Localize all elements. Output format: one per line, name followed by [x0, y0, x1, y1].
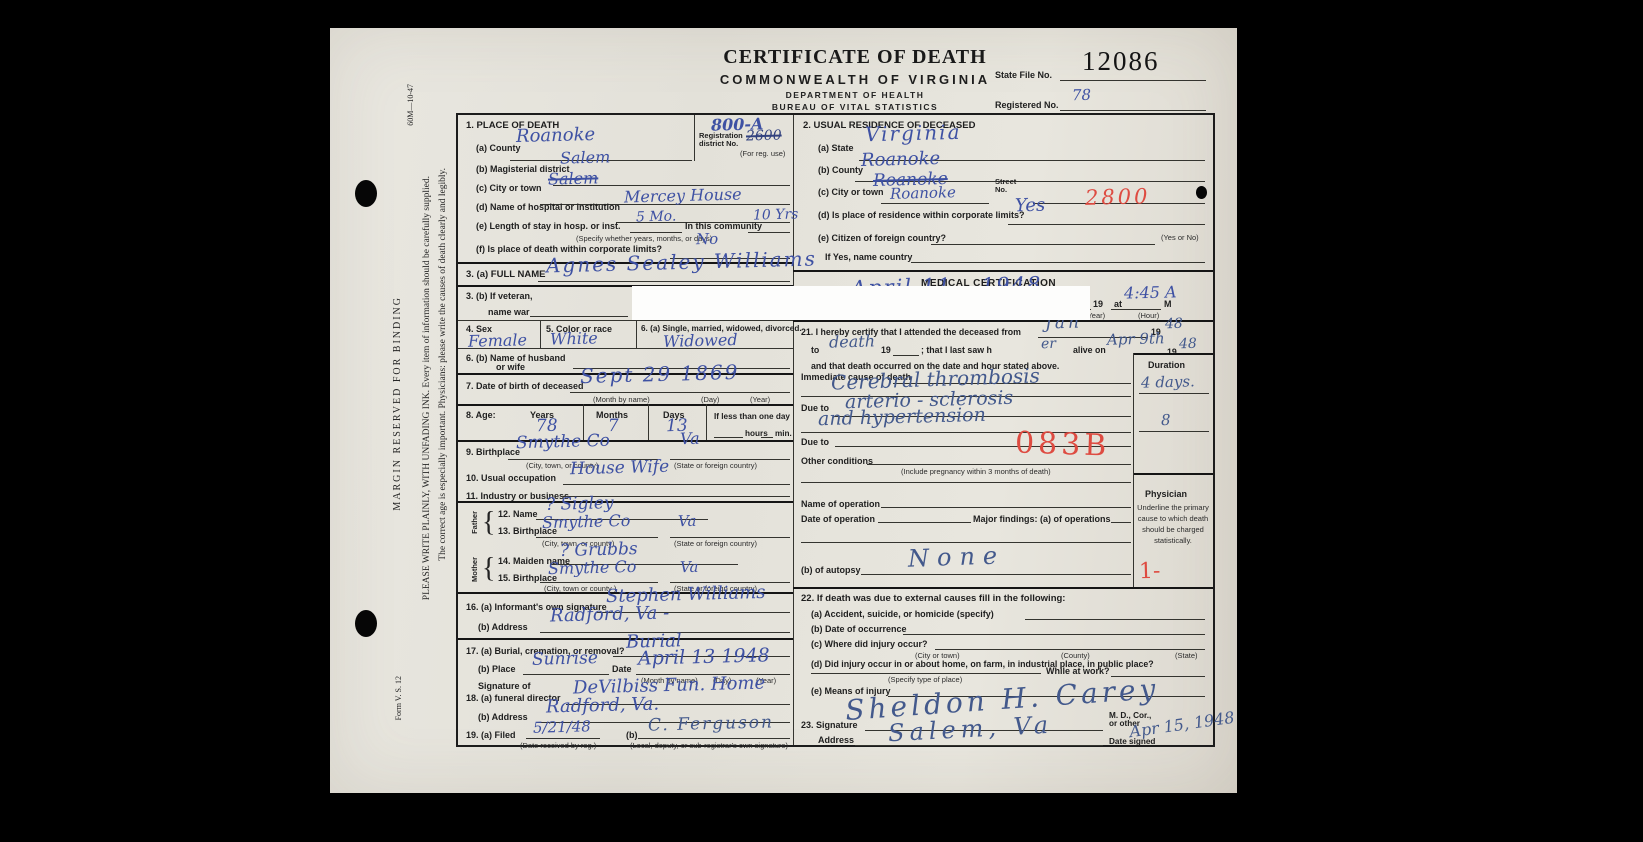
- certify-to-value: death: [829, 331, 875, 351]
- s22c-rule: [935, 649, 1205, 650]
- operation-date-label: Date of operation: [801, 514, 875, 524]
- physician-note: Underline the primary cause to which dea…: [1137, 503, 1209, 547]
- veteran-label: 3. (b) If veteran,: [466, 291, 533, 301]
- other-conditions-caption: (Include pregnancy within 3 months of de…: [901, 467, 1051, 476]
- dur-rule2: [1139, 431, 1209, 432]
- physbox-left: [1133, 473, 1134, 587]
- registrar-b-label: (b): [626, 730, 638, 740]
- sep-r1: [793, 270, 1213, 272]
- res-corp-label: (d) Is place of residence within corpora…: [818, 210, 1025, 220]
- hole-punch-top: [355, 180, 377, 207]
- dob-value: Sept 29 1869: [580, 360, 740, 388]
- stay-label: (e) Length of stay in hosp. or inst.: [476, 221, 621, 231]
- stay-rule-1: [630, 232, 682, 233]
- fbp-rule2: [670, 537, 790, 538]
- funeral-pre-label: Signature of: [478, 681, 531, 691]
- left-column: 1. PLACE OF DEATH 800-A Registration dis…: [458, 115, 793, 745]
- blank-rule-1: [801, 482, 1131, 483]
- dod-cap-hour: (Hour): [1138, 311, 1159, 320]
- burial-place-value: Sunrise: [532, 648, 598, 670]
- less-than-day-label: If less than one day: [714, 412, 790, 421]
- opname-rule: [881, 507, 1131, 508]
- row456-bottom: [458, 348, 793, 349]
- name-rule: [538, 281, 790, 282]
- registrar-caption: (Local, deputy, or sub-registrar's own s…: [630, 741, 788, 750]
- certify-year2: 48: [1179, 336, 1197, 352]
- opdate-rule: [878, 522, 971, 523]
- city-town-label: (c) City or town: [476, 183, 542, 193]
- certify-to-label: to: [811, 345, 819, 355]
- s22-c-label: (c) Where did injury occur?: [811, 639, 928, 649]
- duration-value-1: 4 days.: [1141, 372, 1195, 391]
- father-brace: {: [482, 507, 495, 539]
- house-number-red: 2800: [1085, 184, 1151, 210]
- death-corp-limits-value: No: [696, 230, 719, 249]
- burpl-rule: [523, 674, 609, 675]
- other-rule: [867, 464, 1131, 465]
- row456-top: [458, 320, 793, 321]
- autopsy-label: (b) of autopsy: [801, 565, 861, 575]
- mother-side-label: Mother: [470, 557, 479, 582]
- filed-caption: (Date received by reg.): [520, 741, 596, 750]
- fbp-rule1: [536, 537, 658, 538]
- dod-rule2: [1111, 309, 1161, 310]
- state-file-label: State File No.: [995, 70, 1052, 80]
- s22b-rule: [903, 634, 1205, 635]
- document-subtitle: COMMONWEALTH OF VIRGINIA: [685, 72, 1025, 87]
- hospital-value: Mercey House: [624, 184, 742, 206]
- registrar-sig-value: C. Ferguson: [648, 712, 774, 735]
- major-findings-label: Major findings: (a) of operations: [973, 514, 1111, 524]
- find-rule: [1111, 522, 1131, 523]
- age-div3: [706, 404, 707, 440]
- yes-no-caption: (Yes or No): [1161, 233, 1199, 242]
- dob-cap-day: (Day): [701, 395, 719, 404]
- stay-hospital-value: 5 Mo.: [636, 208, 677, 225]
- occupation-value: House Wife: [570, 457, 670, 480]
- row456-div1: [540, 320, 541, 348]
- if-yes-label: If Yes, name country: [825, 252, 912, 262]
- birthplace-label: 9. Birthplace: [466, 447, 520, 457]
- county-label: (a) County: [476, 143, 521, 153]
- hole-punch-bottom: [355, 610, 377, 637]
- durbox-top: [1133, 353, 1213, 355]
- filed-label: 19. (a) Filed: [466, 730, 516, 740]
- dod-m-label: M: [1164, 299, 1172, 309]
- birthplace-value: Smythe Co: [516, 431, 610, 453]
- burial-date-label: Date: [612, 664, 632, 674]
- operation-name-label: Name of operation: [801, 499, 880, 509]
- age-div2: [648, 404, 649, 440]
- res-city-value: Roanoke: [890, 183, 956, 203]
- certify-saw-value: er: [1041, 336, 1056, 352]
- while-at-work-label: While at work?: [1046, 666, 1110, 676]
- cause-code-red: 083B: [1014, 425, 1110, 463]
- reg-district-struck: 2600: [746, 128, 782, 145]
- death-certificate-document: 60M—10-47 MARGIN RESERVED FOR BINDING Fo…: [330, 28, 1237, 793]
- stay-caption: (Specify whether years, months, or days): [576, 234, 712, 243]
- rcity-rule1: [881, 203, 989, 204]
- s23-address-label: Address: [818, 735, 854, 745]
- state-file-number-stamp: 12086: [1082, 46, 1160, 77]
- father-name-label: 12. Name: [498, 509, 538, 519]
- age-label: 8. Age:: [466, 410, 496, 420]
- stay-rule-2: [748, 232, 790, 233]
- reg-use-caption: (For reg. use): [740, 149, 785, 158]
- burial-date-value: April 13 1948: [638, 644, 770, 669]
- sep-r2: [793, 320, 1213, 322]
- document-title: CERTIFICATE OF DEATH: [685, 46, 1025, 69]
- mother-bp-state: Va: [680, 558, 699, 576]
- sep-5: [458, 440, 793, 442]
- sep-4: [458, 404, 793, 406]
- certify-lastsaw: ; that I last saw h: [921, 345, 992, 355]
- hospital-label: (d) Name of hospital or institution: [476, 202, 620, 212]
- rcorp-rule: [1008, 224, 1205, 225]
- res-county-label: (b) County: [818, 165, 863, 175]
- certify-year1: 48: [1165, 316, 1183, 332]
- burial-place-label: (b) Place: [478, 664, 516, 674]
- durbox-bottom: [1133, 473, 1213, 475]
- department-line: DEPARTMENT OF HEALTH: [685, 90, 1025, 100]
- redaction-box: [632, 286, 1090, 320]
- due-to-2-label: Due to: [801, 437, 829, 447]
- res-county-value: Roanoke: [861, 148, 941, 171]
- min-label: min.: [775, 429, 792, 438]
- dob-label: 7. Date of birth of deceased: [466, 381, 584, 391]
- filed-rule: [526, 738, 600, 739]
- citizen-label: (e) Citizen of foreign country?: [818, 233, 946, 243]
- ifyes-rule: [911, 262, 1205, 263]
- occ-rule: [563, 484, 790, 485]
- physician-mark-red: 1-: [1139, 559, 1161, 585]
- res-corp-value: Yes: [1015, 195, 1046, 217]
- s22a-rule: [1025, 619, 1205, 620]
- physician-title: Physician: [1145, 489, 1187, 499]
- stay-community-value: 10 Yrs: [753, 206, 799, 223]
- registered-rule: [1060, 110, 1206, 111]
- father-bp-cap2: (State or foreign country): [674, 539, 757, 548]
- certify-alive-label: alive on: [1073, 345, 1106, 355]
- form-print-code: 60M—10-47: [406, 84, 415, 126]
- street-label-2: No.: [995, 185, 1007, 194]
- durbox-left: [1133, 353, 1134, 473]
- sep-6: [458, 501, 793, 503]
- duration-value-2: 8: [1161, 411, 1171, 429]
- birthplace-state-value: Va: [680, 429, 700, 449]
- husband-label-2: or wife: [496, 362, 525, 372]
- margin-instruction-2: The correct age is especially important.…: [438, 168, 448, 561]
- county-value: Roanoke: [516, 124, 596, 147]
- other-conditions-label: Other conditions: [801, 456, 873, 466]
- dod-19-print: 19: [1093, 299, 1103, 309]
- mother-bp-value: Smythe Co: [548, 557, 637, 578]
- autopsy-rule: [861, 574, 1131, 575]
- dob-rule: [570, 392, 790, 393]
- margin-instruction-1: PLEASE WRITE PLAINLY, WITH UNFADING INK.…: [422, 176, 432, 600]
- father-bp-state: Va: [678, 512, 697, 530]
- filed-value: 5/21/48: [533, 717, 591, 737]
- reg-district-label-2: district No.: [699, 139, 738, 148]
- occupation-label: 10. Usual occupation: [466, 473, 556, 483]
- s22-cap-state: (State): [1175, 651, 1198, 660]
- hours-rule: [714, 437, 743, 438]
- autopsy-value: None: [908, 541, 1006, 572]
- bp-rule2: [670, 459, 790, 460]
- bureau-line: BUREAU OF VITAL STATISTICS: [685, 102, 1025, 112]
- regsig-rule: [638, 738, 790, 739]
- s22-title: 22. If death was due to external causes …: [801, 594, 1065, 605]
- cit-rule: [931, 244, 1155, 245]
- dod-at-label: at: [1114, 299, 1122, 309]
- form-body: 1. PLACE OF DEATH 800-A Registration dis…: [456, 113, 1215, 747]
- res-state-value: Virginia: [865, 120, 962, 147]
- reg-district-divider: [694, 115, 695, 161]
- father-side-label: Father: [470, 511, 479, 534]
- dob-cap-month: (Month by name): [593, 395, 650, 404]
- dur-rule1: [1139, 393, 1209, 394]
- certify-19b: 19: [881, 345, 891, 355]
- certify-alive-date: Apr 9th: [1107, 329, 1165, 349]
- informant-addr-label: (b) Address: [478, 622, 528, 632]
- s22-d-caption: (Specify type of place): [888, 675, 962, 684]
- race-value: White: [550, 328, 598, 348]
- registered-value: 78: [1072, 86, 1092, 104]
- min-rule: [761, 437, 773, 438]
- row456-div2: [636, 320, 637, 348]
- s22-a-label: (a) Accident, suicide, or homicide (spec…: [811, 609, 994, 619]
- informant-addr-value: Radford, Va -: [550, 602, 670, 626]
- magisterial-district-value: Salem: [560, 147, 611, 167]
- form-number: Form V. S. 12: [394, 676, 403, 720]
- name-war-label: name war: [488, 307, 530, 317]
- due-to-1-value-b: and hypertension: [818, 404, 986, 430]
- s22d-rule: [811, 673, 1041, 674]
- city-town-value-struck: Salem: [548, 168, 599, 188]
- state-file-rule: [1060, 80, 1206, 81]
- funeral-addr-label: (b) Address: [478, 712, 528, 722]
- mbp-rule1: [540, 582, 658, 583]
- war-rule: [530, 316, 628, 317]
- s22-b-label: (b) Date of occurrence: [811, 624, 907, 634]
- scan-background: 60M—10-47 MARGIN RESERVED FOR BINDING Fo…: [0, 0, 1643, 842]
- sep-r3: [793, 587, 1213, 589]
- margin-binding-note: MARGIN RESERVED FOR BINDING: [392, 296, 403, 511]
- dob-cap-year: (Year): [750, 395, 770, 404]
- bp-cap-2: (State or foreign country): [674, 461, 757, 470]
- full-name-label: 3. (a) FULL NAME: [466, 270, 546, 281]
- mother-brace: {: [482, 553, 495, 585]
- s23-signature-label: 23. Signature: [801, 720, 858, 730]
- s23addr-rule: [855, 745, 1103, 746]
- registered-label: Registered No.: [995, 100, 1059, 110]
- funeral-addr-value: Radford, Va.: [546, 694, 660, 718]
- c21-rule2: [893, 355, 919, 356]
- res-state-label: (a) State: [818, 143, 854, 153]
- right-column: 2. USUAL RESIDENCE OF DECEASED (a) State…: [793, 115, 1213, 745]
- duration-header: Duration: [1148, 360, 1185, 370]
- father-bp-value: Smythe Co: [542, 511, 631, 532]
